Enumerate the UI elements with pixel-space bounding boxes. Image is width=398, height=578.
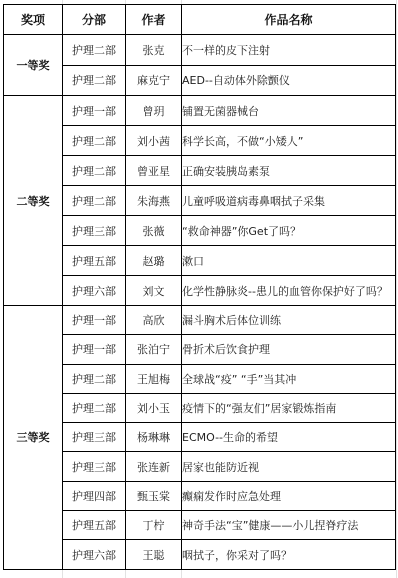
dept-cell[interactable]: 护理三部	[63, 452, 126, 481]
author-cell[interactable]: 高欣	[126, 306, 182, 335]
table-row: 护理六部王聪咽拭子，你采对了吗？	[4, 540, 396, 569]
awards-table: 奖项 分部 作者 作品名称 一等奖护理二部张克不一样的皮下注射护理二部麻克宁AE…	[3, 4, 396, 570]
author-cell[interactable]: 张连新	[126, 452, 182, 481]
award-cell[interactable]: 二等奖	[4, 96, 63, 306]
title-cell[interactable]: 儿童呼吸道病毒鼻咽拭子采集	[182, 186, 396, 216]
dept-cell[interactable]: 护理五部	[63, 511, 126, 540]
dept-cell[interactable]: 护理二部	[63, 35, 126, 66]
title-cell[interactable]: 铺置无菌器械台	[182, 96, 396, 126]
author-cell[interactable]: 张克	[126, 35, 182, 66]
title-cell[interactable]: 居家也能防近视	[182, 452, 396, 481]
author-cell[interactable]: 麻克宁	[126, 65, 182, 96]
title-cell[interactable]: 漏斗胸术后体位训练	[182, 306, 396, 335]
header-author[interactable]: 作者	[126, 5, 182, 35]
author-cell[interactable]: 张泊宁	[126, 335, 182, 364]
author-cell[interactable]: 王旭梅	[126, 364, 182, 393]
dept-cell[interactable]: 护理一部	[63, 96, 126, 126]
header-title[interactable]: 作品名称	[182, 5, 396, 35]
dept-cell[interactable]: 护理三部	[63, 216, 126, 246]
table-row: 护理二部刘小玉疫情下的“强友们”居家锻炼指南	[4, 393, 396, 422]
table-row: 护理一部张泊宁骨折术后饮食护理	[4, 335, 396, 364]
dept-cell[interactable]: 护理二部	[63, 65, 126, 96]
table-row: 护理二部曾亚星正确安装胰岛素泵	[4, 156, 396, 186]
title-cell[interactable]: 神奇手法“宝”健康——小儿捏脊疗法	[182, 511, 396, 540]
title-cell[interactable]: 全球战“疫” “手”当其冲	[182, 364, 396, 393]
header-award[interactable]: 奖项	[4, 5, 63, 35]
author-cell[interactable]: 刘小玉	[126, 393, 182, 422]
dept-cell[interactable]: 护理六部	[63, 276, 126, 306]
author-cell[interactable]: 王聪	[126, 540, 182, 569]
table-row: 护理二部朱海燕儿童呼吸道病毒鼻咽拭子采集	[4, 186, 396, 216]
award-cell[interactable]: 三等奖	[4, 306, 63, 570]
table-row: 护理六部刘文化学性静脉炎--患儿的血管你保护好了吗？	[4, 276, 396, 306]
dept-cell[interactable]: 护理二部	[63, 186, 126, 216]
table-row: 一等奖护理二部张克不一样的皮下注射	[4, 35, 396, 66]
dept-cell[interactable]: 护理一部	[63, 335, 126, 364]
dept-cell[interactable]: 护理二部	[63, 126, 126, 156]
table-row: 二等奖护理一部曾玥铺置无菌器械台	[4, 96, 396, 126]
title-cell[interactable]: “救命神器”你Get了吗？	[182, 216, 396, 246]
header-dept[interactable]: 分部	[63, 5, 126, 35]
header-row: 奖项 分部 作者 作品名称	[4, 5, 396, 35]
title-cell[interactable]: 癫痫发作时应急处理	[182, 481, 396, 510]
author-cell[interactable]: 丁柠	[126, 511, 182, 540]
table-row: 护理三部杨琳琳ECMO--生命的希望	[4, 423, 396, 452]
table-row: 三等奖护理一部高欣漏斗胸术后体位训练	[4, 306, 396, 335]
author-cell[interactable]: 刘小茜	[126, 126, 182, 156]
title-cell[interactable]: AED--自动体外除颤仪	[182, 65, 396, 96]
author-cell[interactable]: 杨琳琳	[126, 423, 182, 452]
table-row: 护理三部张薇“救命神器”你Get了吗？	[4, 216, 396, 246]
title-cell[interactable]: 漱口	[182, 246, 396, 276]
author-cell[interactable]: 赵璐	[126, 246, 182, 276]
dept-cell[interactable]: 护理三部	[63, 423, 126, 452]
author-cell[interactable]: 朱海燕	[126, 186, 182, 216]
dept-cell[interactable]: 护理四部	[63, 481, 126, 510]
title-cell[interactable]: 化学性静脉炎--患儿的血管你保护好了吗？	[182, 276, 396, 306]
dept-cell[interactable]: 护理二部	[63, 393, 126, 422]
table-row: 护理四部甄玉棠癫痫发作时应急处理	[4, 481, 396, 510]
table-row: 护理二部刘小茜科学长高，不做“小矮人”	[4, 126, 396, 156]
dept-cell[interactable]: 护理六部	[63, 540, 126, 569]
title-cell[interactable]: ECMO--生命的希望	[182, 423, 396, 452]
table-row: 护理二部麻克宁AED--自动体外除颤仪	[4, 65, 396, 96]
award-cell[interactable]: 一等奖	[4, 35, 63, 96]
author-cell[interactable]: 曾亚星	[126, 156, 182, 186]
author-cell[interactable]: 刘文	[126, 276, 182, 306]
title-cell[interactable]: 科学长高，不做“小矮人”	[182, 126, 396, 156]
dept-cell[interactable]: 护理一部	[63, 306, 126, 335]
title-cell[interactable]: 不一样的皮下注射	[182, 35, 396, 66]
author-cell[interactable]: 张薇	[126, 216, 182, 246]
dept-cell[interactable]: 护理二部	[63, 156, 126, 186]
author-cell[interactable]: 甄玉棠	[126, 481, 182, 510]
title-cell[interactable]: 疫情下的“强友们”居家锻炼指南	[182, 393, 396, 422]
table-row: 护理五部赵璐漱口	[4, 246, 396, 276]
title-cell[interactable]: 正确安装胰岛素泵	[182, 156, 396, 186]
author-cell[interactable]: 曾玥	[126, 96, 182, 126]
dept-cell[interactable]: 护理五部	[63, 246, 126, 276]
title-cell[interactable]: 骨折术后饮食护理	[182, 335, 396, 364]
table-row: 护理三部张连新居家也能防近视	[4, 452, 396, 481]
dept-cell[interactable]: 护理二部	[63, 364, 126, 393]
title-cell[interactable]: 咽拭子，你采对了吗？	[182, 540, 396, 569]
table-row: 护理二部王旭梅全球战“疫” “手”当其冲	[4, 364, 396, 393]
table-row: 护理五部丁柠神奇手法“宝”健康——小儿捏脊疗法	[4, 511, 396, 540]
